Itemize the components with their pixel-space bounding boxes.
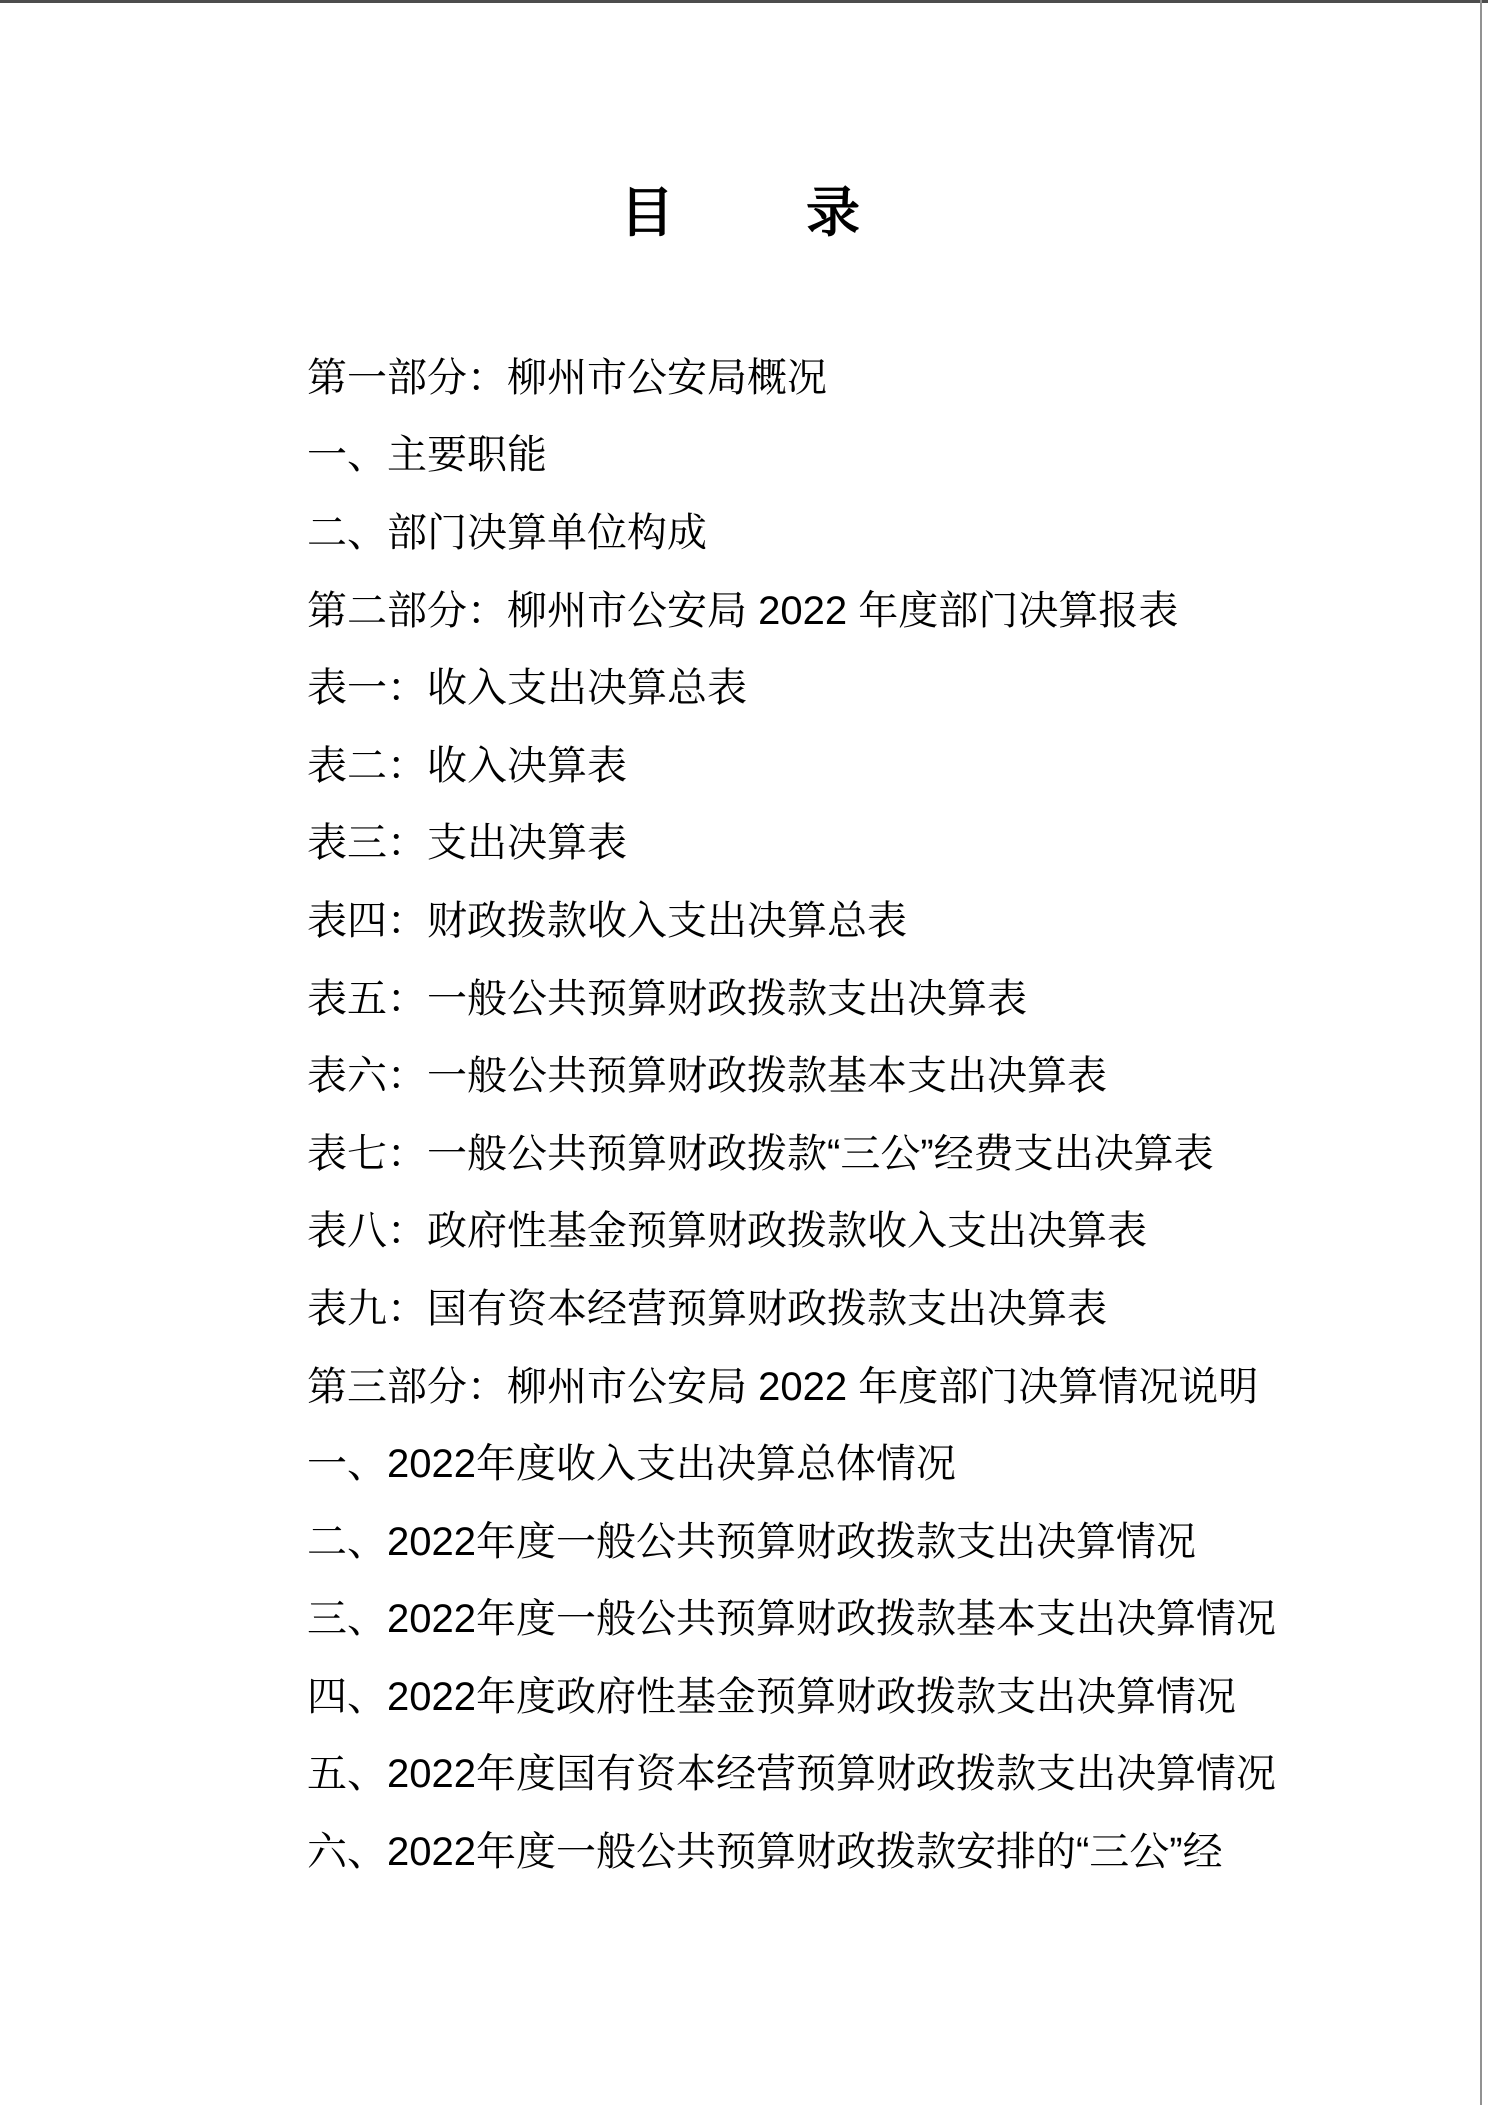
toc-entry-text: 表五：一般公共预算财政拨款支出决算表 [307, 977, 1027, 1021]
toc-entry: 一、2022年度收入支出决算总体情况 [307, 1425, 1428, 1503]
toc-entry-text: 六、2022年度一般公共预算财政拨款安排的“三公”经 [307, 1830, 1223, 1874]
toc-entry-text: 表六：一般公共预算财政拨款基本支出决算表 [307, 1054, 1107, 1098]
toc-entry: 表九：国有资本经营预算财政拨款支出决算表 [307, 1270, 1428, 1348]
toc-entry: 表七：一般公共预算财政拨款“三公”经费支出决算表 [307, 1115, 1428, 1193]
toc-entry-text: 一、2022年度收入支出决算总体情况 [307, 1442, 956, 1486]
toc-entry: 四、2022年度政府性基金预算财政拨款支出决算情况 [307, 1658, 1428, 1736]
toc-entry-text: 一、主要职能 [307, 433, 547, 477]
toc-entry: 六、2022年度一般公共预算财政拨款安排的“三公”经 [307, 1813, 1428, 1891]
toc-entry: 二、部门决算单位构成 [307, 494, 1428, 572]
page-title: 目 录 [0, 186, 1488, 240]
toc-entry: 表八：政府性基金预算财政拨款收入支出决算表 [307, 1193, 1428, 1271]
toc-entry: 表六：一般公共预算财政拨款基本支出决算表 [307, 1037, 1428, 1115]
toc-entry: 表五：一般公共预算财政拨款支出决算表 [307, 960, 1428, 1038]
toc-entry-text: 五、2022年度国有资本经营预算财政拨款支出决算情况 [307, 1752, 1276, 1796]
toc-entry-text: 第一部分：柳州市公安局概况 [307, 356, 827, 400]
toc-entry-text: 表八：政府性基金预算财政拨款收入支出决算表 [307, 1209, 1147, 1253]
toc-entry-text: 表七：一般公共预算财政拨款“三公”经费支出决算表 [307, 1132, 1214, 1176]
toc-entry: 一、主要职能 [307, 417, 1428, 495]
toc-entry-text: 四、2022年度政府性基金预算财政拨款支出决算情况 [307, 1675, 1236, 1719]
toc-list: 第一部分：柳州市公安局概况 一、主要职能 二、部门决算单位构成 第二部分：柳州市… [307, 339, 1428, 1891]
toc-entry-text: 表九：国有资本经营预算财政拨款支出决算表 [307, 1287, 1107, 1331]
toc-entry: 二、2022年度一般公共预算财政拨款支出决算情况 [307, 1503, 1428, 1581]
toc-entry: 第三部分：柳州市公安局 2022 年度部门决算情况说明 [307, 1348, 1428, 1426]
toc-entry: 表一：收入支出决算总表 [307, 649, 1428, 727]
toc-entry-text: 表四：财政拨款收入支出决算总表 [307, 899, 907, 943]
toc-entry: 表二：收入决算表 [307, 727, 1428, 805]
toc-entry: 第二部分：柳州市公安局 2022 年度部门决算报表 [307, 572, 1428, 650]
toc-entry-text: 表三：支出决算表 [307, 821, 627, 865]
toc-entry-text: 第二部分：柳州市公安局 2022 年度部门决算报表 [307, 589, 1178, 633]
toc-entry: 表三：支出决算表 [307, 805, 1428, 883]
toc-entry-text: 第三部分：柳州市公安局 2022 年度部门决算情况说明 [307, 1365, 1258, 1409]
toc-entry: 第一部分：柳州市公安局概况 [307, 339, 1428, 417]
page-top-border [0, 0, 1488, 3]
toc-entry: 五、2022年度国有资本经营预算财政拨款支出决算情况 [307, 1736, 1428, 1814]
toc-entry-text: 三、2022年度一般公共预算财政拨款基本支出决算情况 [307, 1597, 1276, 1641]
page-right-border [1480, 0, 1482, 2105]
toc-entry-text: 二、部门决算单位构成 [307, 511, 707, 555]
toc-entry: 三、2022年度一般公共预算财政拨款基本支出决算情况 [307, 1581, 1428, 1659]
toc-entry-text: 表一：收入支出决算总表 [307, 666, 747, 710]
toc-entry-text: 二、2022年度一般公共预算财政拨款支出决算情况 [307, 1520, 1196, 1564]
document-page: 目 录 第一部分：柳州市公安局概况 一、主要职能 二、部门决算单位构成 第二部分… [0, 0, 1488, 2105]
toc-entry-text: 表二：收入决算表 [307, 744, 627, 788]
toc-entry: 表四：财政拨款收入支出决算总表 [307, 882, 1428, 960]
